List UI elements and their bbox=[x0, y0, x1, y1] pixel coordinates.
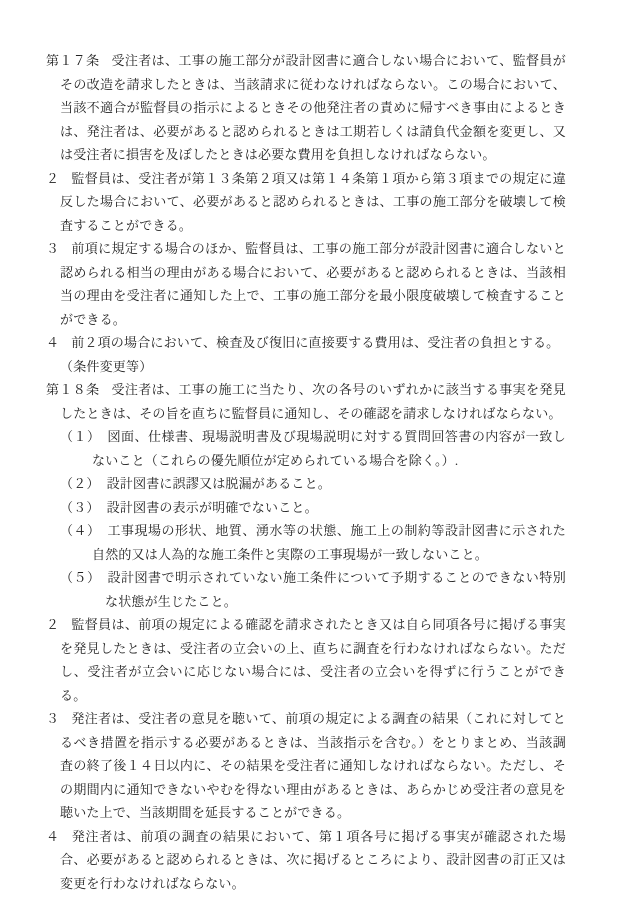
item-number: （４） bbox=[60, 523, 100, 538]
paragraph-number: ３ bbox=[46, 711, 59, 726]
item-number: （３） bbox=[60, 500, 100, 515]
article-18-item-2: （２）設計図書に誤謬又は脱漏があること。 bbox=[46, 472, 566, 496]
paragraph-text: 発注者は、前項の調査の結果において、第１項各号に掲げる事実が確認された場合、必要… bbox=[60, 829, 566, 891]
article-18-item-1: （１）図面、仕様書、現場説明書及び現場説明に対する質問回答書の内容が一致しないこ… bbox=[46, 425, 566, 472]
article-18-paragraph-2: ２監督員は、前項の規定による確認を請求されたとき又は自ら同項各号に掲げる事実を発… bbox=[46, 613, 566, 707]
article-18-paragraph-4: ４発注者は、前項の調査の結果において、第１項各号に掲げる事実が確認された場合、必… bbox=[46, 825, 566, 896]
item-text: 図面、仕様書、現場説明書及び現場説明に対する質問回答書の内容が一致しないこと（こ… bbox=[92, 429, 566, 468]
paragraph-number: ２ bbox=[46, 171, 59, 186]
article-18-item-3: （３）設計図書の表示が明確でないこと。 bbox=[46, 496, 566, 520]
paragraph-text: 前項に規定する場合のほか、監督員は、工事の施工部分が設計図書に適合しないと認めら… bbox=[60, 241, 566, 327]
paragraph-number: ４ bbox=[46, 829, 60, 844]
paragraph-text: 前２項の場合において、検査及び復旧に直接要する費用は、受注者の負担とする。 bbox=[71, 335, 559, 350]
item-text: 工事現場の形状、地質、湧水等の状態、施工上の制約等設計図書に示された自然的又は人… bbox=[92, 523, 566, 562]
article-17-paragraph-2: ２監督員は、受注者が第１３条第２項又は第１４条第１項から第３項までの規定に違反し… bbox=[46, 167, 566, 238]
article-17-paragraph-3: ３前項に規定する場合のほか、監督員は、工事の施工部分が設計図書に適合しないと認め… bbox=[46, 237, 566, 331]
paragraph-text: 受注者は、工事の施工部分が設計図書に適合しない場合において、監督員がその改造を請… bbox=[60, 53, 566, 162]
article-18-paragraph-1: 第１８条受注者は、工事の施工に当たり、次の各号のいずれかに該当する事実を発見した… bbox=[46, 378, 566, 425]
article-18-paragraph-3: ３発注者は、受注者の意見を聴いて、前項の規定による調査の結果（これに対してとるべ… bbox=[46, 707, 566, 825]
article-17-paragraph-1: 第１７条受注者は、工事の施工部分が設計図書に適合しない場合において、監督員がその… bbox=[46, 49, 566, 167]
item-text: 設計図書に誤謬又は脱漏があること。 bbox=[107, 476, 331, 491]
paragraph-text: 監督員は、前項の規定による確認を請求されたとき又は自ら同項各号に掲げる事実を発見… bbox=[60, 617, 566, 703]
paragraph-number: ３ bbox=[46, 241, 59, 256]
article-18-item-5: （５）設計図書で明示されていない施工条件について予期することのできない特別な状態… bbox=[46, 566, 566, 613]
item-number: （５） bbox=[60, 570, 101, 585]
section-heading-text: （条件変更等） bbox=[60, 359, 152, 374]
paragraph-number: ２ bbox=[46, 617, 59, 632]
item-text: 設計図書で明示されていない施工条件について予期することのできない特別な状態が生じ… bbox=[105, 570, 566, 609]
paragraph-text: 監督員は、受注者が第１３条第２項又は第１４条第１項から第３項までの規定に違反した… bbox=[60, 171, 566, 233]
item-number: （１） bbox=[60, 429, 100, 444]
article-18-item-4: （４）工事現場の形状、地質、湧水等の状態、施工上の制約等設計図書に示された自然的… bbox=[46, 519, 566, 566]
paragraph-text: 発注者は、受注者の意見を聴いて、前項の規定による調査の結果（これに対してとるべき… bbox=[60, 711, 566, 820]
article-number: 第１７条 bbox=[46, 53, 100, 68]
item-text: 設計図書の表示が明確でないこと。 bbox=[107, 500, 318, 515]
paragraph-text: 受注者は、工事の施工に当たり、次の各号のいずれかに該当する事実を発見したときは、… bbox=[60, 382, 566, 421]
section-heading-joken-henko: （条件変更等） bbox=[46, 355, 566, 379]
article-17-paragraph-4: ４前２項の場合において、検査及び復旧に直接要する費用は、受注者の負担とする。 bbox=[46, 331, 566, 355]
paragraph-number: ４ bbox=[46, 335, 59, 350]
article-number: 第１８条 bbox=[46, 382, 100, 397]
document-page: 第１７条受注者は、工事の施工部分が設計図書に適合しない場合において、監督員がその… bbox=[0, 0, 630, 903]
item-number: （２） bbox=[60, 476, 100, 491]
